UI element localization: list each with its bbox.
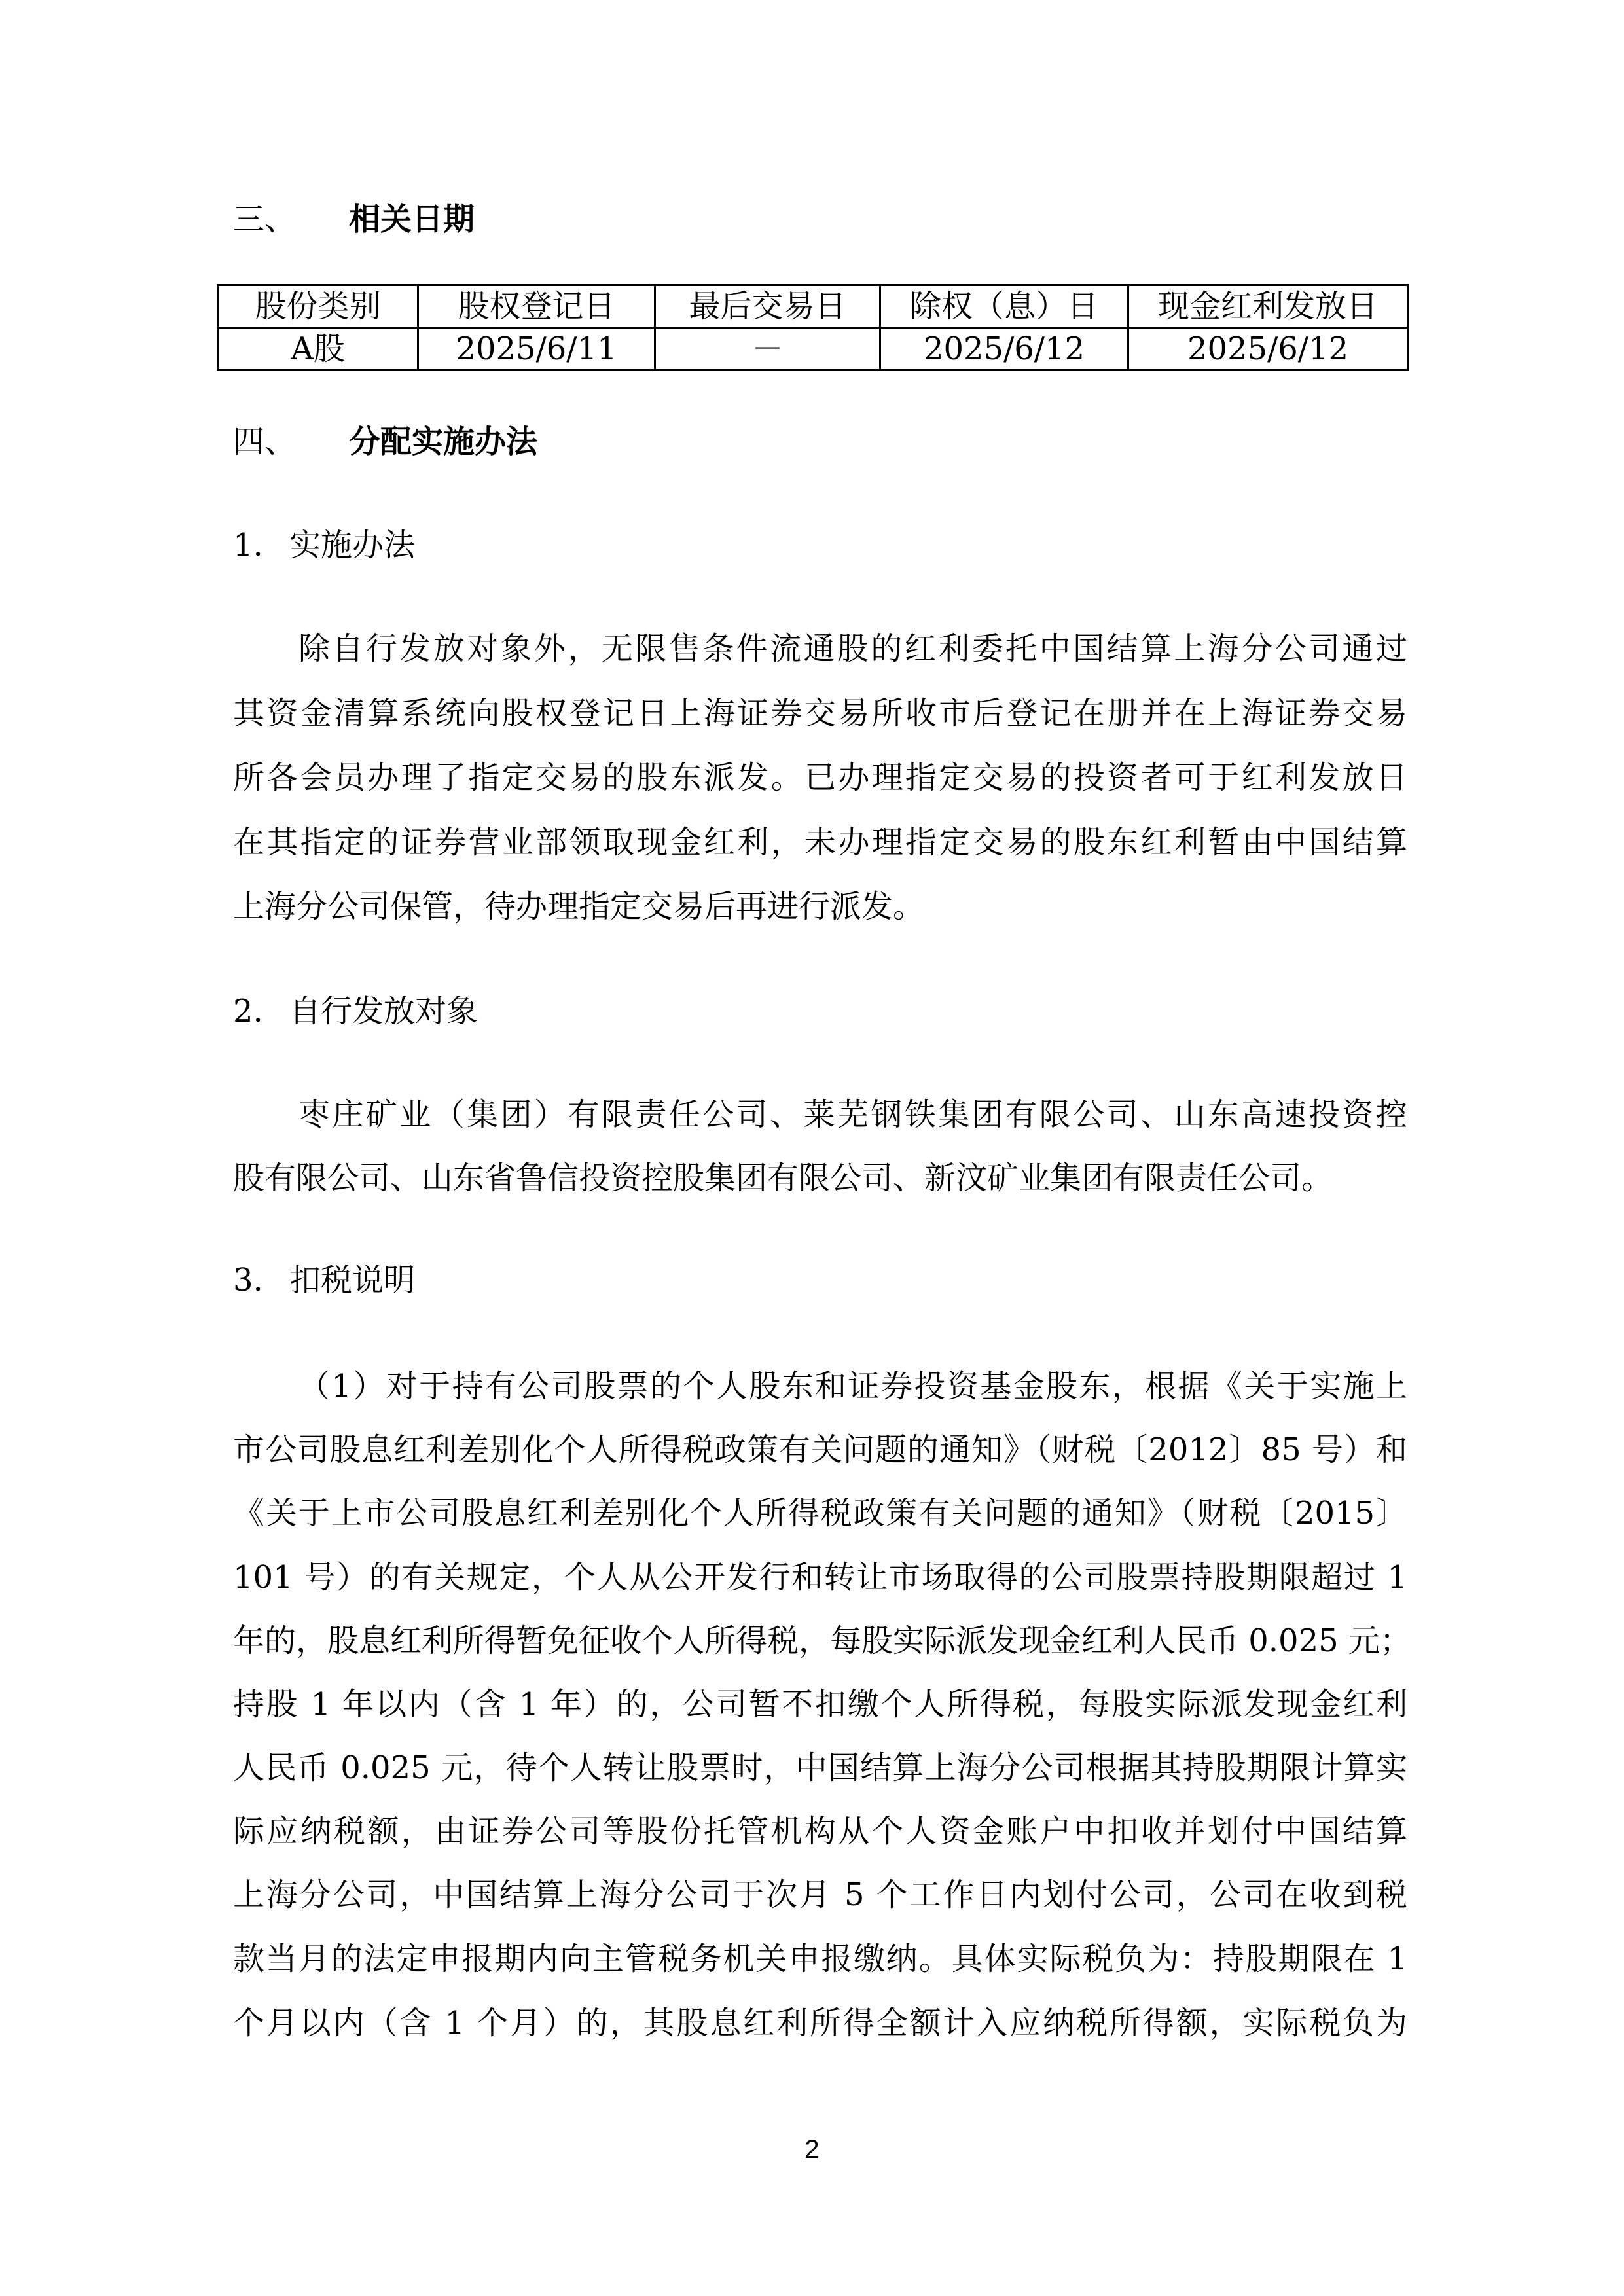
paragraph-line: 股有限公司、山东省鲁信投资控股集团有限公司、新汶矿业集团有限责任公司。 — [233, 1162, 1407, 1194]
paragraph-line: 上海分公司保管，待办理指定交易后再进行派发。 — [233, 890, 1407, 923]
header-record-date: 股权登记日 — [418, 285, 655, 328]
item-title: 自行发放对象 — [289, 993, 478, 1030]
page-number: 2 — [0, 2135, 1624, 2164]
cell-record-date: 2025/6/11 — [418, 328, 655, 370]
paragraph-line: 101 号）的有关规定，个人从公开发行和转让市场取得的公司股票持股期限超过 1 — [233, 1561, 1407, 1594]
cell-share-class: A股 — [218, 328, 418, 370]
subheading-self-distribution-targets: 2.自行发放对象 — [233, 995, 478, 1028]
subheading-implementation-method: 1.实施办法 — [233, 529, 415, 562]
paragraph-line: 年的，股息红利所得暂免征收个人所得税，每股实际派发现金红利人民币 0.025 元… — [233, 1624, 1407, 1657]
header-ex-dividend-date: 除权（息）日 — [880, 285, 1128, 328]
item-number: 2. — [233, 995, 289, 1028]
header-payment-date: 现金红利发放日 — [1128, 285, 1408, 328]
related-dates-table: 股份类别 股权登记日 最后交易日 除权（息）日 现金红利发放日 A股 2025/… — [217, 284, 1409, 371]
item-title: 实施办法 — [289, 527, 415, 564]
paragraph-line: 款当月的法定申报期内向主管税务机关申报缴纳。具体实际税负为：持股期限在 1 — [233, 1943, 1407, 1975]
item-number: 1. — [233, 529, 289, 562]
paragraph-line: 在其指定的证券营业部领取现金红利，未办理指定交易的股东红利暂由中国结算 — [233, 826, 1407, 859]
paragraph-line: 持股 1 年以内（含 1 年）的，公司暂不扣缴个人所得税，每股实际派发现金红利 — [233, 1688, 1407, 1721]
item-title: 扣税说明 — [289, 1262, 415, 1299]
section-title: 分配实施办法 — [349, 423, 537, 460]
paragraph-line: 上海分公司，中国结算上海分公司于次月 5 个工作日内划付公司，公司在收到税 — [233, 1878, 1407, 1911]
paragraph-line: 其资金清算系统向股权登记日上海证券交易所收市后登记在册并在上海证券交易 — [233, 697, 1407, 730]
cell-ex-dividend-date: 2025/6/12 — [880, 328, 1128, 370]
cell-payment-date: 2025/6/12 — [1128, 328, 1408, 370]
paragraph-line: 市公司股息红利差别化个人所得税政策有关问题的通知》（财税〔2012〕85 号）和 — [233, 1433, 1407, 1466]
item-number: 3. — [233, 1264, 289, 1297]
document-page: 三、相关日期 股份类别 股权登记日 最后交易日 除权（息）日 现金红利发放日 A… — [0, 0, 1624, 2296]
paragraph-line: 人民币 0.025 元，待个人转让股票时，中国结算上海分公司根据其持股期限计算实 — [233, 1751, 1407, 1784]
table-row: A股 2025/6/11 － 2025/6/12 2025/6/12 — [218, 328, 1408, 370]
cell-last-trading-date: － — [655, 328, 880, 370]
paragraph-line: 除自行发放对象外，无限售条件流通股的红利委托中国结算上海分公司通过 — [298, 632, 1407, 665]
paragraph-line: 《关于上市公司股息红利差别化个人所得税政策有关问题的通知》（财税〔2015〕 — [233, 1497, 1407, 1530]
section-number: 四、 — [233, 425, 349, 458]
paragraph-line: 个月以内（含 1 个月）的，其股息红利所得全额计入应纳税所得额，实际税负为 — [233, 2007, 1407, 2039]
subheading-tax-withholding: 3.扣税说明 — [233, 1264, 415, 1297]
paragraph-line: 际应纳税额，由证券公司等股份托管机构从个人资金账户中扣收并划付中国结算 — [233, 1815, 1407, 1848]
section-title: 相关日期 — [349, 201, 475, 238]
table-header-row: 股份类别 股权登记日 最后交易日 除权（息）日 现金红利发放日 — [218, 285, 1408, 328]
section-heading-related-dates: 三、相关日期 — [233, 203, 475, 236]
header-share-class: 股份类别 — [218, 285, 418, 328]
section-heading-distribution-method: 四、分配实施办法 — [233, 425, 537, 458]
section-number: 三、 — [233, 203, 349, 236]
paragraph-line: 所各会员办理了指定交易的股东派发。已办理指定交易的投资者可于红利发放日 — [233, 761, 1407, 794]
paragraph-line: （1）对于持有公司股票的个人股东和证券投资基金股东，根据《关于实施上 — [298, 1370, 1407, 1403]
paragraph-line: 枣庄矿业（集团）有限责任公司、莱芜钢铁集团有限公司、山东高速投资控 — [298, 1098, 1407, 1131]
header-last-trading-date: 最后交易日 — [655, 285, 880, 328]
